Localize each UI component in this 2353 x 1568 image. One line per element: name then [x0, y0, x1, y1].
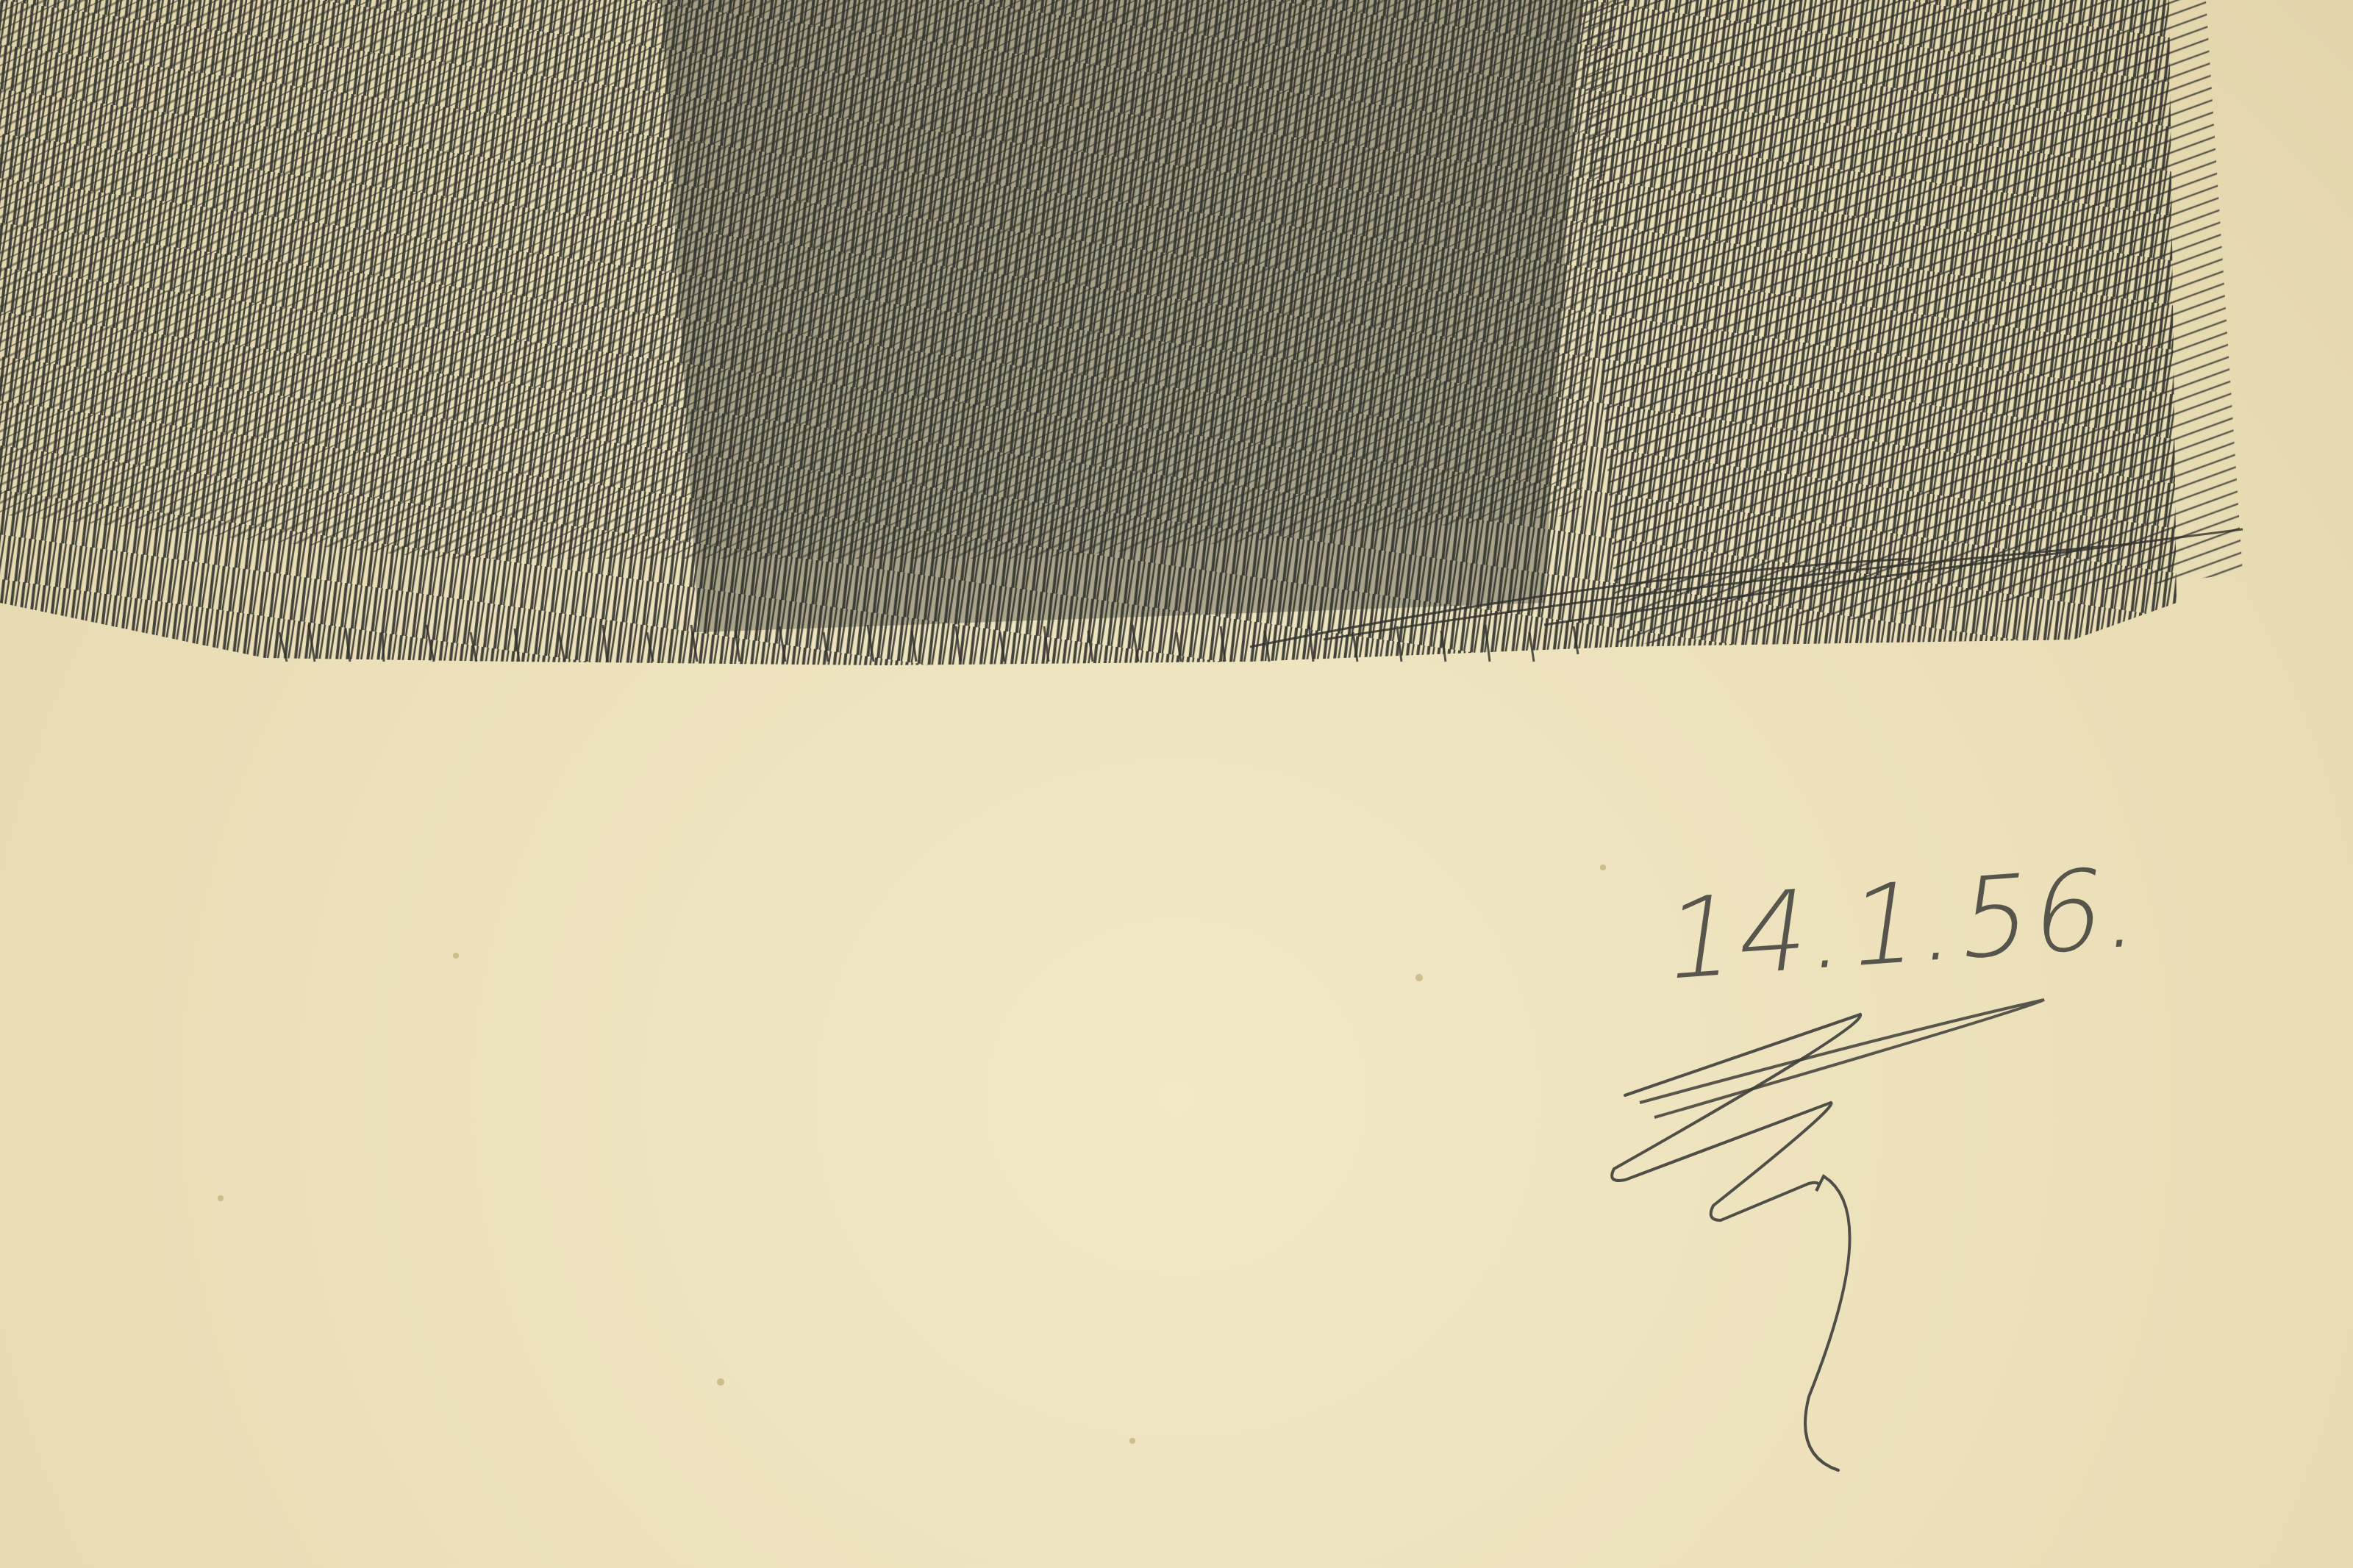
signature-scrawl — [1612, 1014, 1860, 1470]
artwork-photo: 14.1.56. — [0, 0, 2353, 1568]
date-underline — [1640, 1000, 2044, 1117]
hatching-drawing — [0, 0, 2353, 1568]
